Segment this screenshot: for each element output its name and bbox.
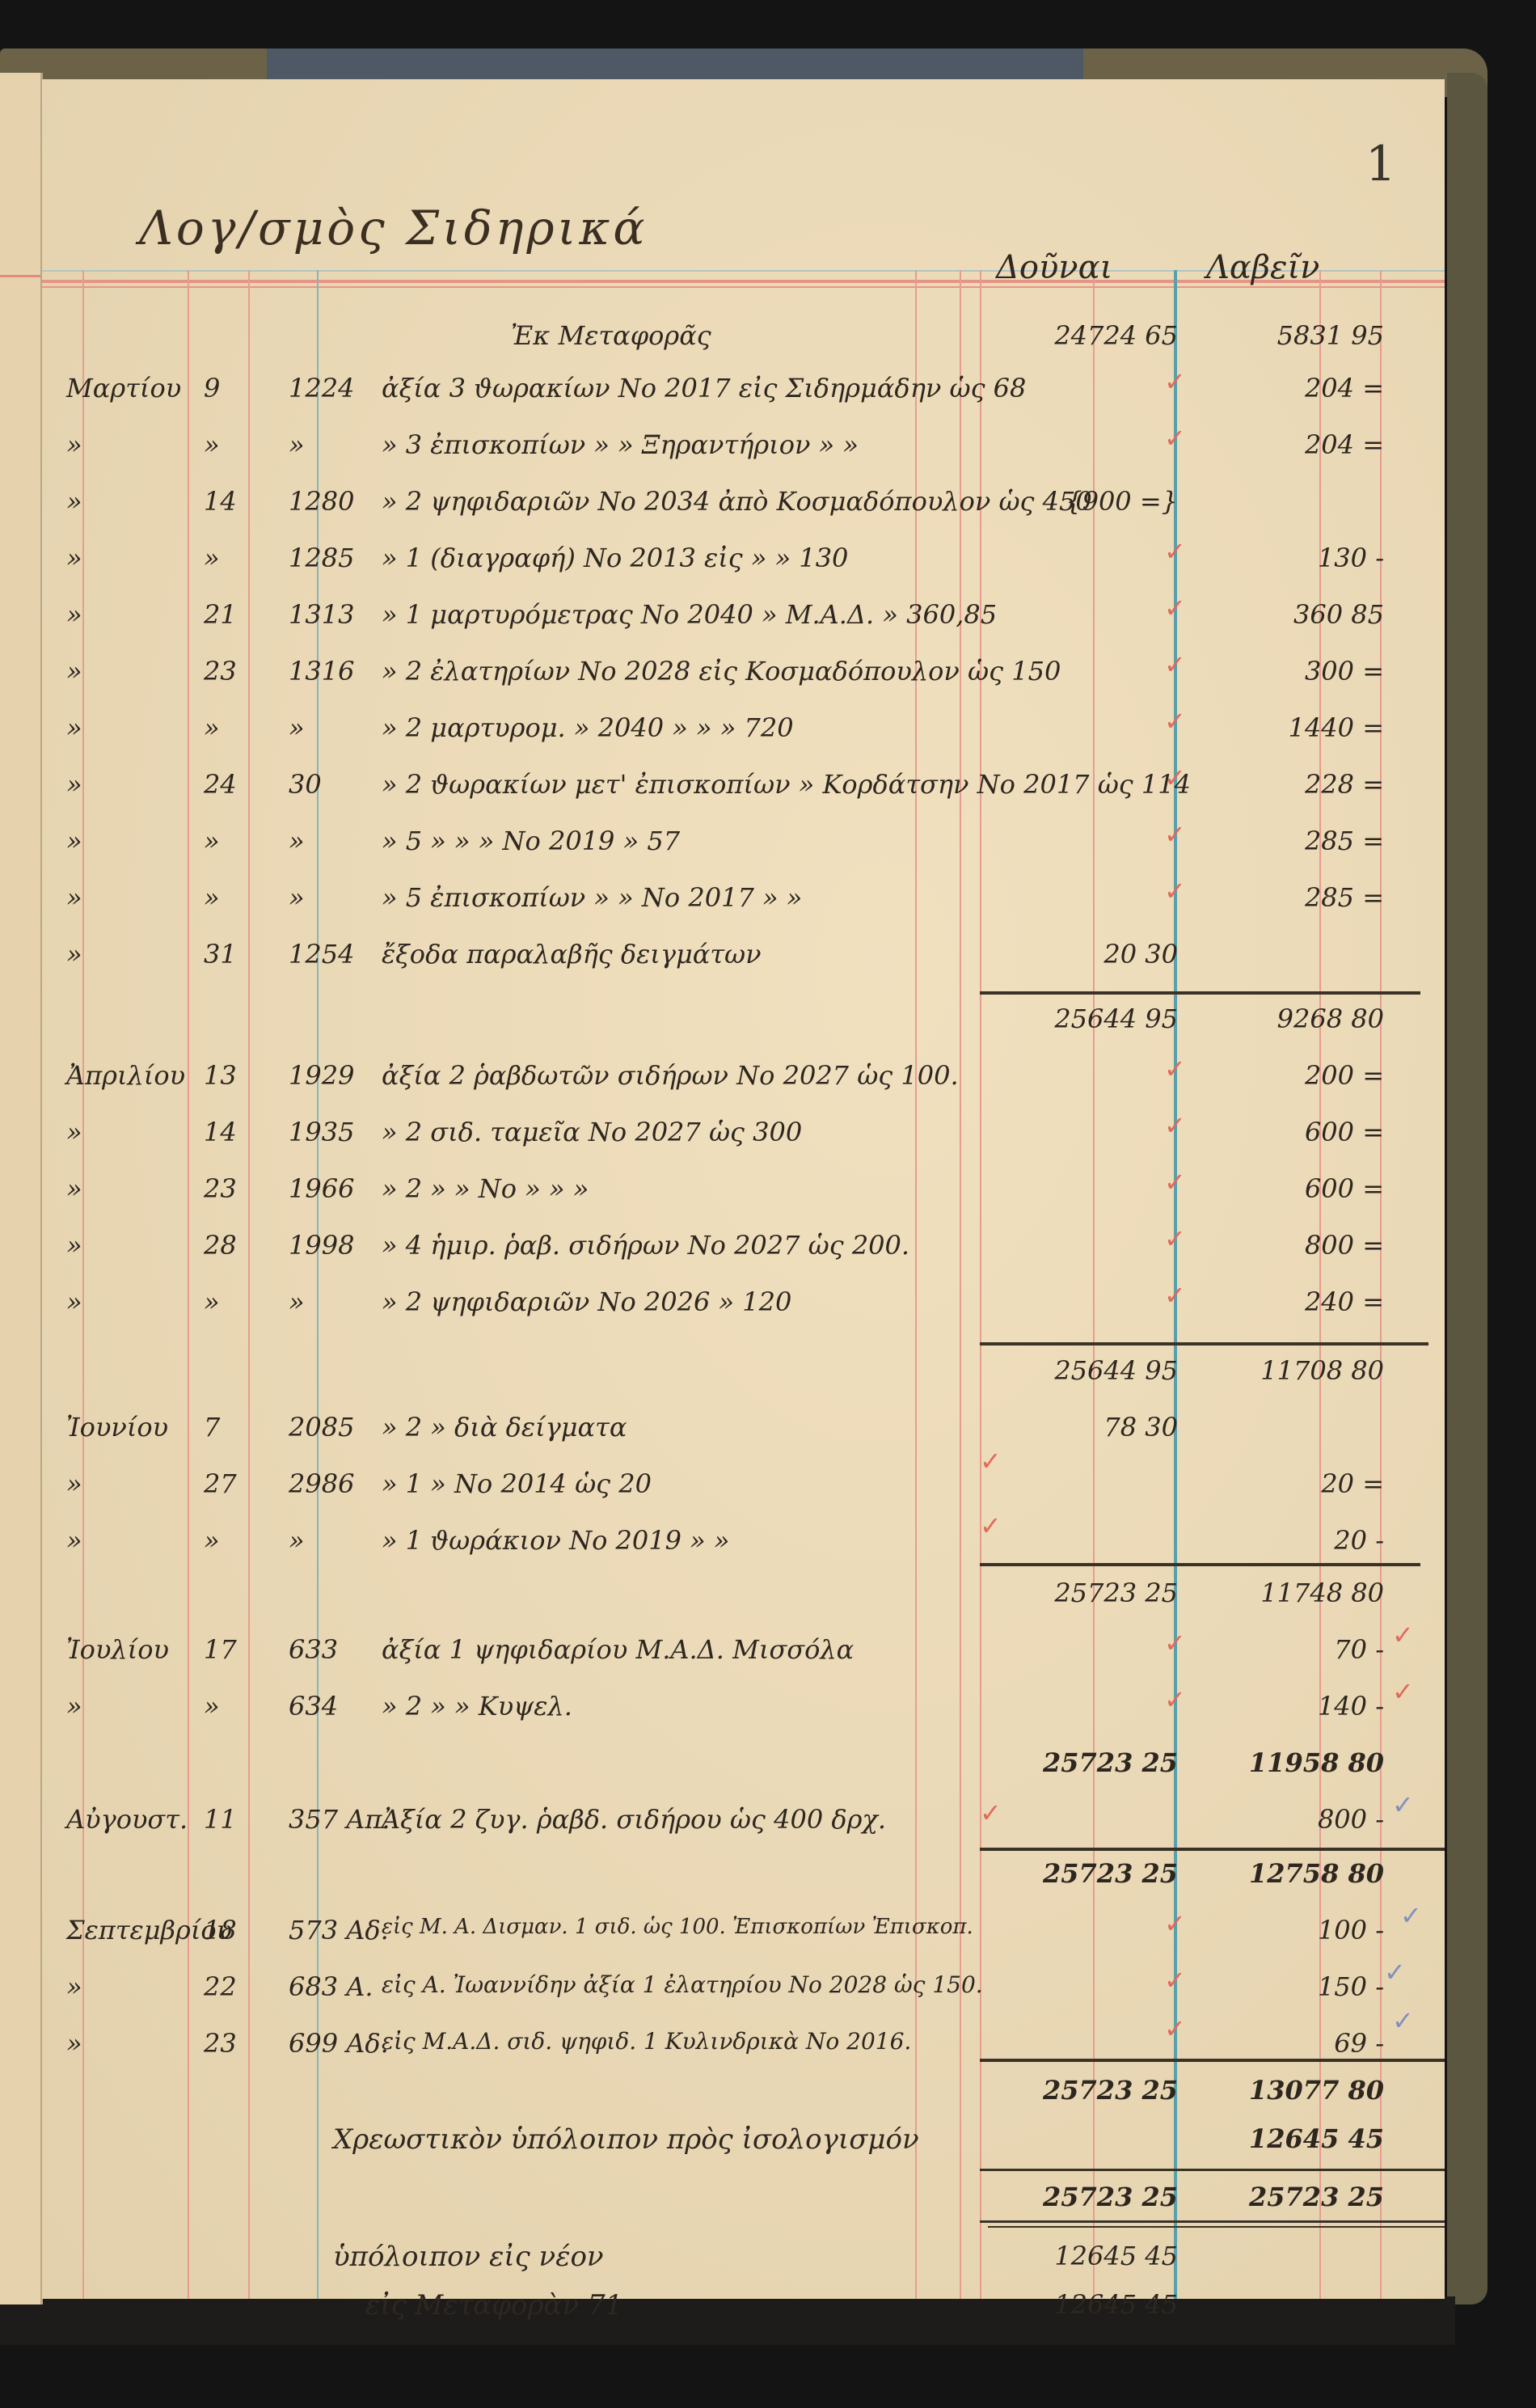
table-row: » 23 1316 » 2 ἐλατηρίων Νο 2028 εἰς Κοσμ… bbox=[42, 649, 1445, 698]
credit-amount: 130 - bbox=[1214, 543, 1384, 573]
day-cell: 21 bbox=[204, 599, 237, 630]
day-cell: » bbox=[204, 882, 220, 913]
day-cell: 14 bbox=[204, 1117, 237, 1147]
carry-row: Ἐκ Μεταφορᾶς 24724 65 5831 95 bbox=[42, 314, 1445, 362]
debit-amount: 78 30 bbox=[1004, 1412, 1178, 1443]
month-cell: » bbox=[66, 712, 82, 743]
red-check-icon: ✓ bbox=[1164, 1223, 1186, 1254]
month-cell: » bbox=[66, 939, 82, 970]
table-row: Ἀπριλίου 13 1929 ἀξία 2 ῥαβδωτῶν σιδήρων… bbox=[42, 1054, 1445, 1102]
day-cell: 13 bbox=[204, 1060, 237, 1091]
month-cell: » bbox=[66, 769, 82, 800]
credit-subtotal: 11748 80 bbox=[1214, 1578, 1384, 1608]
credit-amount: 20 = bbox=[1214, 1468, 1384, 1499]
table-row: Ἰουνίου 7 2085 » 2 » διὰ δείγματα 78 30 bbox=[42, 1405, 1445, 1454]
day-cell: 31 bbox=[204, 939, 237, 970]
debit-amount: 24724 65 bbox=[1004, 320, 1178, 351]
ref-cell: 2986 bbox=[289, 1468, 354, 1499]
month-cell: » bbox=[66, 599, 82, 630]
desc-cell: εἰς Μ.Α.Δ. σιδ. ψηφιδ. 1 Κυλινδρικὰ Νο 2… bbox=[382, 2028, 911, 2055]
table-row: » » » » 5 ἐπισκοπίων » » Νο 2017 » » 285… bbox=[42, 876, 1445, 924]
balance-amount: 12645 45 bbox=[1214, 2123, 1384, 2154]
ref-cell: 2085 bbox=[289, 1412, 354, 1443]
table-row: Ἰουλίου 17 633 ἀξία 1 ψηφιδαρίου Μ.Α.Δ. … bbox=[42, 1628, 1445, 1676]
desc-cell: » 2 ψηφιδαριῶν Νο 2034 ἀπὸ Κοσμαδόπουλον… bbox=[382, 486, 1092, 517]
month-cell: » bbox=[66, 1971, 82, 2002]
subtotal-row: 25723 25 13077 80 bbox=[42, 2068, 1445, 2117]
sum-rule bbox=[980, 2059, 1445, 2062]
credit-amount: 800 - bbox=[1214, 1804, 1384, 1835]
ref-cell: 683 Α. bbox=[289, 1971, 373, 2002]
balance-label: Χρεωστικὸν ὑπόλοιπον πρὸς ἰσολογισμόν bbox=[333, 2123, 919, 2156]
red-check-icon: ✓ bbox=[1164, 1167, 1186, 1198]
debit-subtotal: 25644 95 bbox=[1004, 1003, 1178, 1034]
credit-amount: 70 - bbox=[1214, 1634, 1384, 1665]
day-cell: 23 bbox=[204, 1173, 237, 1204]
ref-cell: 1998 bbox=[289, 1230, 354, 1261]
blue-check-icon: ✓ bbox=[1400, 1900, 1422, 1931]
ref-cell: » bbox=[289, 429, 305, 460]
credit-amount: 100 - bbox=[1214, 1915, 1384, 1945]
debit-subtotal: 25644 95 bbox=[1004, 1355, 1178, 1386]
sum-rule bbox=[980, 1563, 1420, 1566]
month-cell: Ἰουνίου bbox=[66, 1412, 168, 1443]
red-check-icon: ✓ bbox=[1164, 1628, 1186, 1658]
ref-cell: » bbox=[289, 712, 305, 743]
carry-forward-label: ὑπόλοιπον εἰς νέον bbox=[333, 2241, 604, 2273]
table-row: » 28 1998 » 4 ἡμιρ. ῥαβ. σιδήρων Νο 2027… bbox=[42, 1223, 1445, 1272]
credit-subtotal: 13077 80 bbox=[1214, 2075, 1384, 2106]
ref-cell: 1935 bbox=[289, 1117, 354, 1147]
debit-subtotal: 25723 25 bbox=[1004, 1858, 1178, 1889]
day-cell: 18 bbox=[204, 1915, 237, 1945]
ref-cell: 634 bbox=[289, 1691, 338, 1722]
ref-cell: 1316 bbox=[289, 656, 354, 686]
carry-label: Ἐκ Μεταφορᾶς bbox=[511, 320, 711, 351]
desc-cell: εἰς Μ. Α. Δισμαν. 1 σιδ. ὡς 100. Ἐπισκοπ… bbox=[382, 1915, 973, 1939]
red-check-icon: ✓ bbox=[980, 1446, 1002, 1476]
day-cell: 11 bbox=[204, 1804, 237, 1835]
table-row: » 27 2986 » 1 » Νο 2014 ὡς 20 20 = ✓ bbox=[42, 1462, 1445, 1510]
balance-row: Χρεωστικὸν ὑπόλοιπον πρὸς ἰσολογισμόν 12… bbox=[42, 2117, 1445, 2165]
desc-cell: » 2 ϑωρακίων μετ' ἐπισκοπίων » Κορδάτσην… bbox=[382, 769, 1191, 800]
subtotal-row: 25644 95 11708 80 bbox=[42, 1349, 1445, 1397]
credit-amount: 5831 95 bbox=[1214, 320, 1384, 351]
red-check-icon: ✓ bbox=[1164, 649, 1186, 680]
carry-forward-row: εἰς Μεταφορὰν 71 12645 45 bbox=[42, 2283, 1445, 2331]
credit-amount: 150 - bbox=[1214, 1971, 1384, 2002]
credit-amount: 800 = bbox=[1214, 1230, 1384, 1261]
ruling-line bbox=[0, 275, 40, 277]
debit-amount: 12645 45 bbox=[1004, 2241, 1178, 2271]
red-check-icon: ✓ bbox=[1164, 1280, 1186, 1311]
ref-cell: 1254 bbox=[289, 939, 354, 970]
red-check-icon: ✓ bbox=[1164, 423, 1186, 454]
day-cell: » bbox=[204, 429, 220, 460]
debit-amount: 20 30 bbox=[1004, 939, 1178, 970]
month-cell: » bbox=[66, 1691, 82, 1722]
page-number: 1 bbox=[1365, 136, 1396, 192]
credit-amount: 1440 = bbox=[1214, 712, 1384, 743]
desc-cell: » 1 ϑωράκιον Νο 2019 » » bbox=[382, 1525, 729, 1556]
day-cell: 7 bbox=[204, 1412, 220, 1443]
ref-cell: 1280 bbox=[289, 486, 354, 517]
ref-cell: » bbox=[289, 826, 305, 856]
day-cell: » bbox=[204, 543, 220, 573]
ref-cell: 357 Απ. bbox=[289, 1804, 390, 1835]
ref-cell: 30 bbox=[289, 769, 322, 800]
month-cell: » bbox=[66, 1173, 82, 1204]
day-cell: 17 bbox=[204, 1634, 237, 1665]
desc-cell: » 1 μαρτυρόμετρας Νο 2040 » Μ.Α.Δ. » 360… bbox=[382, 599, 997, 630]
red-check-icon: ✓ bbox=[1164, 593, 1186, 623]
credit-subtotal: 11958 80 bbox=[1214, 1747, 1384, 1778]
red-check-icon: ✓ bbox=[1164, 876, 1186, 906]
desc-cell: » 4 ἡμιρ. ῥαβ. σιδήρων Νο 2027 ὡς 200. bbox=[382, 1230, 909, 1261]
desc-cell: ἔξοδα παραλαβῆς δειγμάτων bbox=[382, 939, 762, 970]
credit-subtotal: 11708 80 bbox=[1214, 1355, 1384, 1386]
day-cell: 22 bbox=[204, 1971, 237, 2002]
debit-total: 25723 25 bbox=[1004, 2182, 1178, 2212]
red-check-icon: ✓ bbox=[1164, 366, 1186, 397]
table-row: Σεπτεμβρίου 18 573 Αδ. εἰς Μ. Α. Δισμαν.… bbox=[42, 1908, 1445, 1957]
day-cell: » bbox=[204, 826, 220, 856]
subtotal-row: 25723 25 12758 80 bbox=[42, 1852, 1445, 1900]
red-check-icon: ✓ bbox=[980, 1510, 1002, 1541]
ledger-cover-edge bbox=[1447, 73, 1487, 2304]
ref-cell: 1313 bbox=[289, 599, 354, 630]
table-row: Μαρτίου 9 1224 ἀξία 3 ϑωρακίων Νο 2017 ε… bbox=[42, 366, 1445, 415]
desc-cell: εἰς Α. Ἰωαννίδην ἀξία 1 ἐλατηρίου Νο 202… bbox=[382, 1971, 983, 1998]
red-check-icon: ✓ bbox=[1164, 1965, 1186, 1996]
red-check-icon: ✓ bbox=[1164, 536, 1186, 567]
desc-cell: » 2 » διὰ δείγματα bbox=[382, 1412, 627, 1443]
table-row: » » » » 1 ϑωράκιον Νο 2019 » » 20 - ✓ bbox=[42, 1519, 1445, 1567]
desc-cell: » 2 ἐλατηρίων Νο 2028 εἰς Κοσμαδόπουλον … bbox=[382, 656, 1061, 686]
table-row: » 14 1280 » 2 ψηφιδαριῶν Νο 2034 ἀπὸ Κοσ… bbox=[42, 479, 1445, 528]
month-cell: » bbox=[66, 656, 82, 686]
day-cell: 23 bbox=[204, 2028, 237, 2059]
red-check-icon: ✓ bbox=[1392, 1676, 1414, 1707]
desc-cell: » 2 ψηφιδαριῶν Νο 2026 » 120 bbox=[382, 1286, 791, 1317]
blue-check-icon: ✓ bbox=[1392, 2005, 1414, 2036]
table-row: » 22 683 Α. εἰς Α. Ἰωαννίδην ἀξία 1 ἐλατ… bbox=[42, 1965, 1445, 2013]
red-check-icon: ✓ bbox=[1164, 1908, 1186, 1939]
double-rule bbox=[988, 2226, 1445, 2228]
credit-amount: 204 = bbox=[1214, 429, 1384, 460]
desc-cell: » 1 (διαγραφή) Νο 2013 εἰς » » 130 bbox=[382, 543, 848, 573]
credit-amount: 360 85 bbox=[1214, 599, 1384, 630]
table-row: » 24 30 » 2 ϑωρακίων μετ' ἐπισκοπίων » Κ… bbox=[42, 763, 1445, 811]
month-cell: Μαρτίου bbox=[66, 373, 181, 403]
sum-rule bbox=[980, 2169, 1445, 2171]
desc-cell: ἀξία 1 ψηφιδαρίου Μ.Α.Δ. Μισσόλα bbox=[382, 1634, 854, 1665]
day-cell: » bbox=[204, 1691, 220, 1722]
day-cell: » bbox=[204, 1286, 220, 1317]
credit-amount: 204 = bbox=[1214, 373, 1384, 403]
table-row: » » » » 3 ἐπισκοπίων » » Ξηραντήριον » »… bbox=[42, 423, 1445, 471]
desc-cell: » 2 σιδ. ταμεῖα Νο 2027 ὡς 300 bbox=[382, 1117, 802, 1147]
red-check-icon: ✓ bbox=[1164, 763, 1186, 793]
blue-check-icon: ✓ bbox=[1384, 1957, 1406, 1988]
ref-cell: 1966 bbox=[289, 1173, 354, 1204]
subtotal-row: 25723 25 11958 80 bbox=[42, 1741, 1445, 1789]
table-row: » 31 1254 ἔξοδα παραλαβῆς δειγμάτων 20 3… bbox=[42, 932, 1445, 981]
blue-check-icon: ✓ bbox=[1392, 1789, 1414, 1820]
table-row: » » » » 5 » » » Νο 2019 » 57 285 = ✓ bbox=[42, 819, 1445, 868]
desc-cell: » 5 ἐπισκοπίων » » Νο 2017 » » bbox=[382, 882, 802, 913]
debit-amount: {900 =} bbox=[1004, 486, 1178, 517]
month-cell: » bbox=[66, 826, 82, 856]
month-cell: » bbox=[66, 429, 82, 460]
day-cell: 24 bbox=[204, 769, 237, 800]
day-cell: » bbox=[204, 1525, 220, 1556]
credit-amount: 140 - bbox=[1214, 1691, 1384, 1722]
credit-amount: 300 = bbox=[1214, 656, 1384, 686]
month-cell: » bbox=[66, 2028, 82, 2059]
desc-cell: » 2 » » Κυψελ. bbox=[382, 1691, 572, 1722]
month-cell: » bbox=[66, 1230, 82, 1261]
credit-subtotal: 9268 80 bbox=[1214, 1003, 1384, 1034]
desc-cell: » 3 ἐπισκοπίων » » Ξηραντήριον » » bbox=[382, 429, 859, 460]
ledger-page: 1 Λογ/σμὸς Σιδηρικά Δοῦναι Λαβεῖν Ἐκ Μετ… bbox=[42, 79, 1445, 2299]
ref-cell: 699 Αδ. bbox=[289, 2028, 389, 2059]
table-row: Αὐγουστ. 11 357 Απ. Ἀξία 2 ζυγ. ῥαβδ. σι… bbox=[42, 1798, 1445, 1846]
month-cell: » bbox=[66, 486, 82, 517]
credit-header: Λαβεῖν bbox=[1206, 249, 1320, 286]
ref-cell: » bbox=[289, 1525, 305, 1556]
ref-cell: 1929 bbox=[289, 1060, 354, 1091]
credit-amount: 285 = bbox=[1214, 882, 1384, 913]
ref-cell: 1224 bbox=[289, 373, 354, 403]
ref-cell: 1285 bbox=[289, 543, 354, 573]
desc-cell: » 1 » Νο 2014 ὡς 20 bbox=[382, 1468, 652, 1499]
month-cell: » bbox=[66, 1468, 82, 1499]
sum-rule bbox=[980, 991, 1420, 995]
sum-rule bbox=[980, 1848, 1445, 1851]
desc-cell: » 5 » » » Νο 2019 » 57 bbox=[382, 826, 680, 856]
desc-cell: » 2 μαρτυρομ. » 2040 » » » 720 bbox=[382, 712, 794, 743]
credit-amount: 69 - bbox=[1214, 2028, 1384, 2059]
ref-cell: » bbox=[289, 1286, 305, 1317]
table-row: » » 1285 » 1 (διαγραφή) Νο 2013 εἰς » » … bbox=[42, 536, 1445, 585]
credit-amount: 20 - bbox=[1214, 1525, 1384, 1556]
month-cell: Ἰουλίου bbox=[66, 1634, 169, 1665]
credit-amount: 228 = bbox=[1214, 769, 1384, 800]
subtotal-row: 25723 25 11748 80 bbox=[42, 1571, 1445, 1620]
table-row: » 21 1313 » 1 μαρτυρόμετρας Νο 2040 » Μ.… bbox=[42, 593, 1445, 641]
debit-subtotal: 25723 25 bbox=[1004, 2075, 1178, 2106]
debit-subtotal: 25723 25 bbox=[1004, 1578, 1178, 1608]
desc-cell: ἀξία 2 ῥαβδωτῶν σιδήρων Νο 2027 ὡς 100. bbox=[382, 1060, 959, 1091]
month-cell: » bbox=[66, 1525, 82, 1556]
table-row: » 23 699 Αδ. εἰς Μ.Α.Δ. σιδ. ψηφιδ. 1 Κυ… bbox=[42, 2021, 1445, 2070]
red-check-icon: ✓ bbox=[1164, 706, 1186, 737]
credit-amount: 600 = bbox=[1214, 1117, 1384, 1147]
red-check-icon: ✓ bbox=[1164, 1054, 1186, 1084]
debit-amount: 12645 45 bbox=[1004, 2289, 1178, 2320]
month-cell: » bbox=[66, 1286, 82, 1317]
ref-cell: 573 Αδ. bbox=[289, 1915, 389, 1945]
day-cell: 23 bbox=[204, 656, 237, 686]
red-check-icon: ✓ bbox=[1164, 1684, 1186, 1715]
day-cell: » bbox=[204, 712, 220, 743]
table-row: » » » » 2 μαρτυρομ. » 2040 » » » 720 144… bbox=[42, 706, 1445, 754]
ref-cell: 633 bbox=[289, 1634, 338, 1665]
debit-header: Δοῦναι bbox=[996, 249, 1112, 286]
header-red-rule bbox=[42, 286, 1445, 288]
subtotal-row: 25644 95 9268 80 bbox=[42, 997, 1445, 1046]
table-row: » » 634 » 2 » » Κυψελ. 140 - ✓ ✓ bbox=[42, 1684, 1445, 1733]
table-row: » 23 1966 » 2 » » Νο » » » 600 = ✓ bbox=[42, 1167, 1445, 1215]
carry-forward-row: ὑπόλοιπον εἰς νέον 12645 45 bbox=[42, 2234, 1445, 2283]
day-cell: 14 bbox=[204, 486, 237, 517]
day-cell: 27 bbox=[204, 1468, 237, 1499]
grand-total-row: 25723 25 25723 25 bbox=[42, 2175, 1445, 2224]
page-title: Λογ/σμὸς Σιδηρικά bbox=[139, 201, 648, 256]
red-check-icon: ✓ bbox=[980, 1798, 1002, 1828]
red-check-icon: ✓ bbox=[1164, 1110, 1186, 1141]
table-row: » » » » 2 ψηφιδαριῶν Νο 2026 » 120 240 =… bbox=[42, 1280, 1445, 1329]
credit-amount: 200 = bbox=[1214, 1060, 1384, 1091]
carry-forward-label: εἰς Μεταφορὰν 71 bbox=[365, 2289, 622, 2321]
day-cell: 28 bbox=[204, 1230, 237, 1261]
month-cell: Αὐγουστ. bbox=[66, 1804, 188, 1835]
credit-subtotal: 12758 80 bbox=[1214, 1858, 1384, 1889]
credit-total: 25723 25 bbox=[1214, 2182, 1384, 2212]
desc-cell: » 2 » » Νο » » » bbox=[382, 1173, 589, 1204]
ref-cell: » bbox=[289, 882, 305, 913]
red-check-icon: ✓ bbox=[1392, 1620, 1414, 1650]
credit-amount: 285 = bbox=[1214, 826, 1384, 856]
credit-amount: 240 = bbox=[1214, 1286, 1384, 1317]
red-check-icon: ✓ bbox=[1164, 819, 1186, 850]
red-check-icon: ✓ bbox=[1164, 2013, 1186, 2044]
table-row: » 14 1935 » 2 σιδ. ταμεῖα Νο 2027 ὡς 300… bbox=[42, 1110, 1445, 1159]
day-cell: 9 bbox=[204, 373, 220, 403]
month-cell: » bbox=[66, 1117, 82, 1147]
sum-rule bbox=[980, 1342, 1428, 1346]
desc-cell: ἀξία 3 ϑωρακίων Νο 2017 εἰς Σιδηρμάδην ὡ… bbox=[382, 373, 1026, 403]
month-cell: » bbox=[66, 543, 82, 573]
double-rule bbox=[980, 2220, 1445, 2223]
previous-page-edge bbox=[0, 73, 43, 2304]
debit-subtotal: 25723 25 bbox=[1004, 1747, 1178, 1778]
credit-amount: 600 = bbox=[1214, 1173, 1384, 1204]
desc-cell: Ἀξία 2 ζυγ. ῥαβδ. σιδήρου ὡς 400 δρχ. bbox=[382, 1804, 886, 1835]
month-cell: » bbox=[66, 882, 82, 913]
month-cell: Ἀπριλίου bbox=[66, 1060, 185, 1091]
